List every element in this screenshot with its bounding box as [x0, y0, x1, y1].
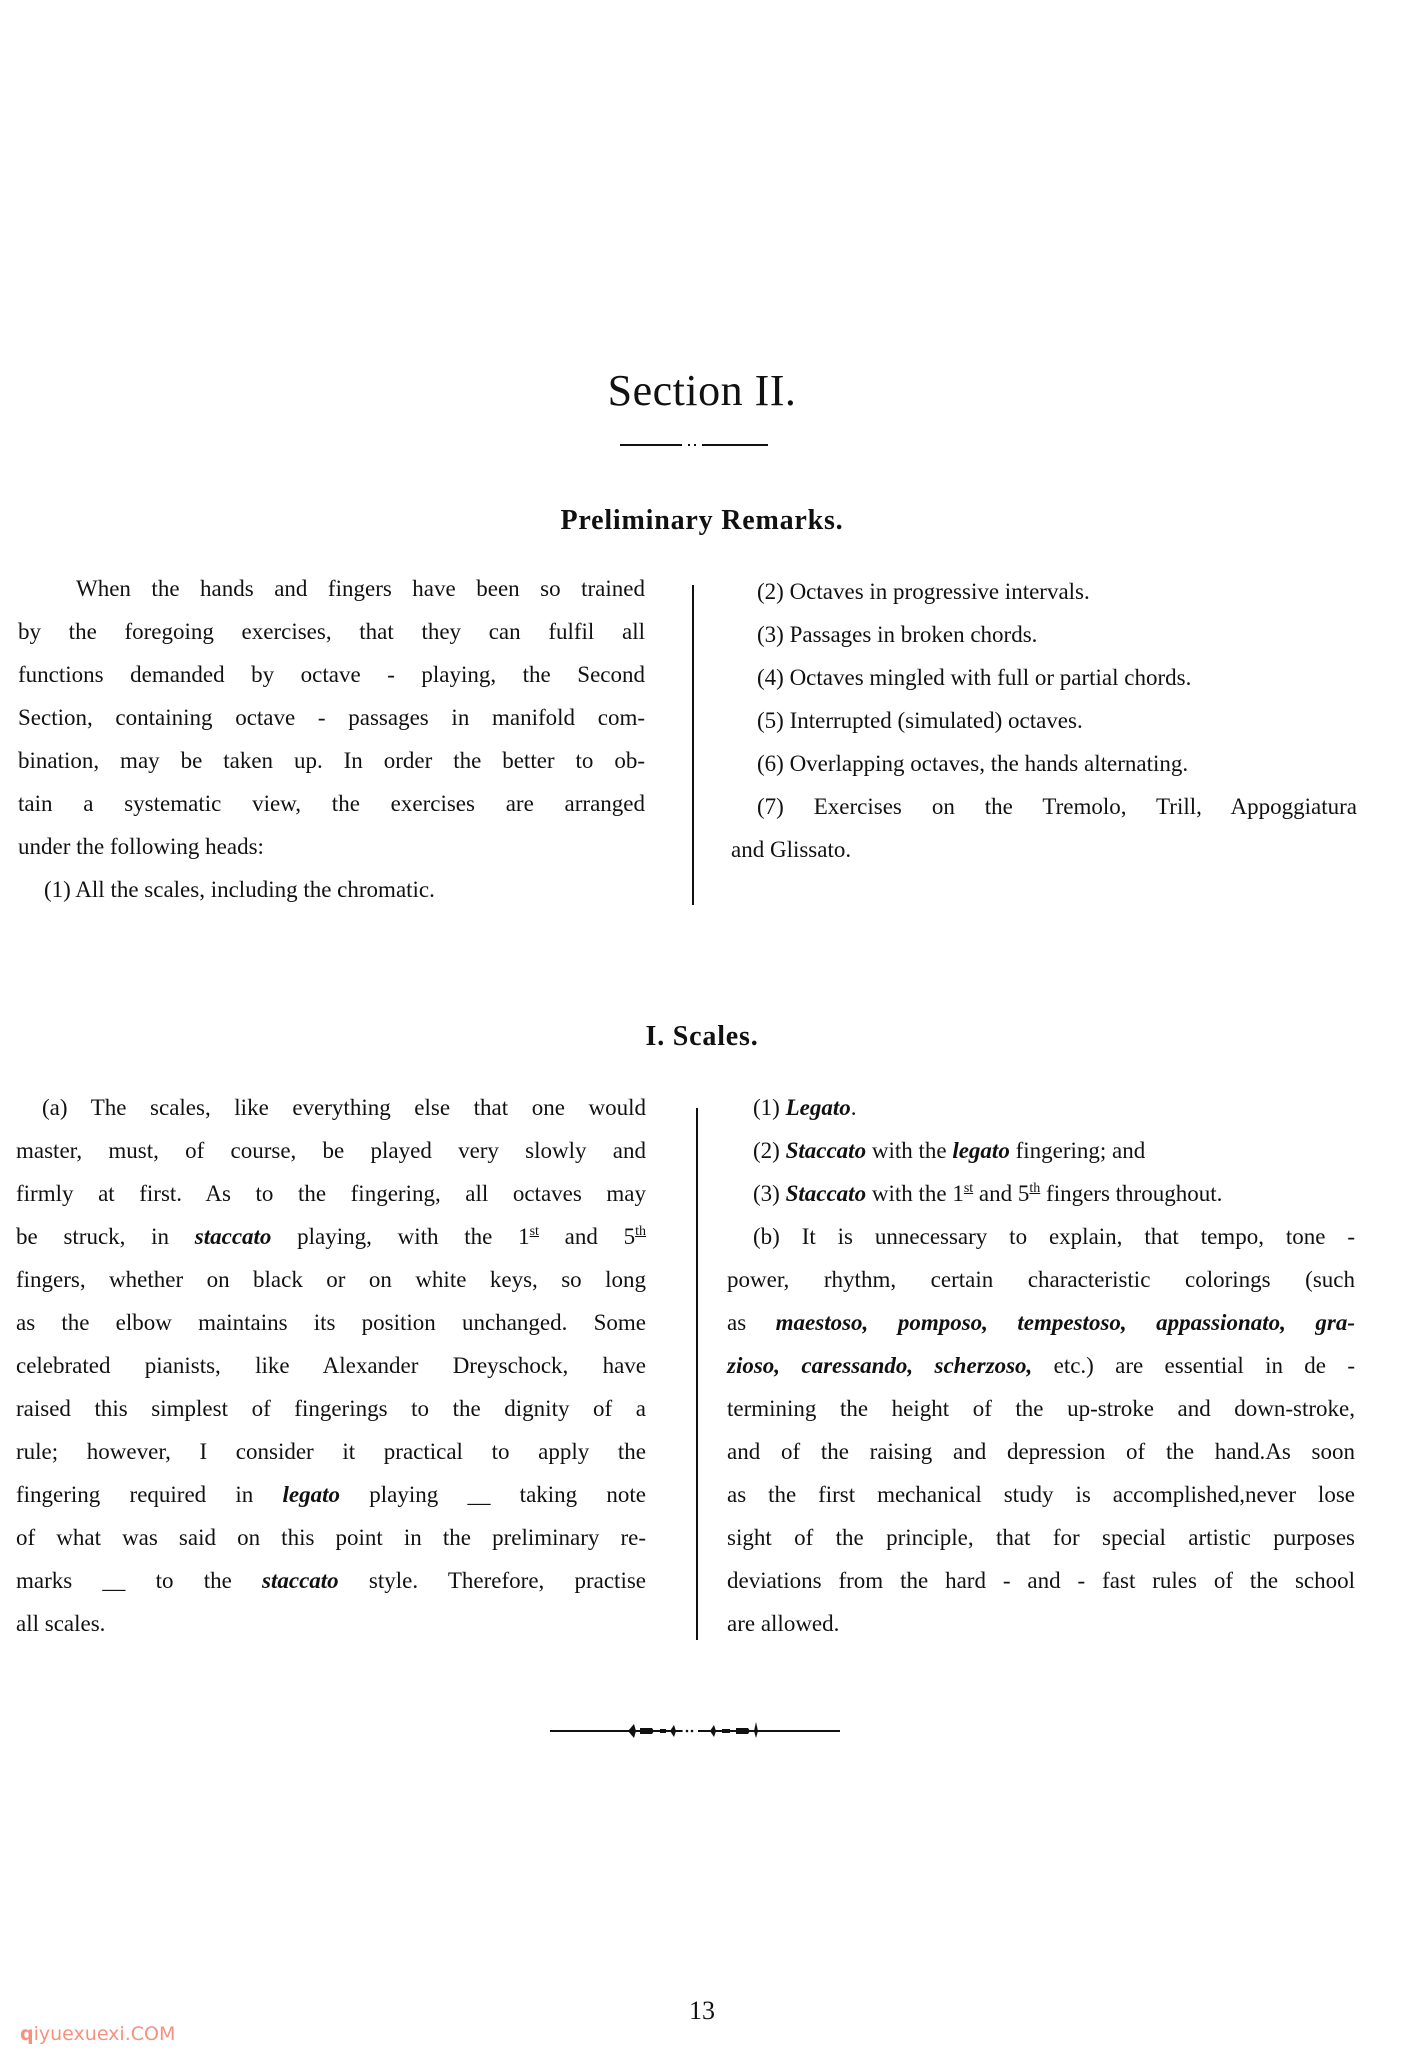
italic-term: Staccato	[786, 1138, 867, 1163]
list-item-1: (1) Legato.	[753, 1086, 1355, 1129]
italic-term: staccato	[262, 1568, 339, 1593]
italic-term: legato	[283, 1482, 341, 1507]
text-line: When the hands and fingers have been so …	[76, 567, 645, 610]
text-line: master, must, of course, be played very …	[16, 1129, 646, 1172]
list-item-6: (6) Overlapping octaves, the hands alter…	[757, 742, 1357, 785]
scales-heading: I. Scales.	[0, 1020, 1404, 1054]
scales-left-column: (a) The scales, like everything else tha…	[16, 1086, 646, 1656]
title-divider	[620, 444, 770, 446]
watermark: qiyuexuexi.COM	[20, 2022, 175, 2046]
preliminary-left-column: When the hands and fingers have been so …	[18, 567, 645, 917]
text-run: as	[727, 1310, 776, 1335]
list-item-2: (2) Octaves in progressive intervals.	[757, 570, 1357, 613]
text-run: (2)	[753, 1138, 786, 1163]
ordinal-suffix: st	[530, 1224, 539, 1239]
text-line: of what was said on this point in the pr…	[16, 1516, 646, 1559]
watermark-text: iyuexuexi.COM	[34, 2023, 176, 2045]
italic-term: maestoso, pomposo, tempestoso, appassion…	[776, 1310, 1355, 1335]
text-line: termining the height of the up-stroke an…	[727, 1387, 1355, 1430]
italic-term: legato	[952, 1138, 1010, 1163]
text-run: fingering; and	[1010, 1138, 1145, 1163]
text-line: as the first mechanical study is accompl…	[727, 1473, 1355, 1516]
text-line: all scales.	[16, 1602, 646, 1645]
text-line: fingers, whether on black or on white ke…	[16, 1258, 646, 1301]
text-line: are allowed.	[727, 1602, 1355, 1645]
text-run: fingering required in	[16, 1482, 283, 1507]
ordinal-suffix: th	[635, 1224, 646, 1239]
text-line: tain a systematic view, the exercises ar…	[18, 782, 645, 825]
list-item-1: (1) All the scales, including the chroma…	[44, 868, 645, 911]
list-item-2: (2) Staccato with the legato fingering; …	[753, 1129, 1355, 1172]
text-run: be struck, in	[16, 1224, 195, 1249]
text-line: fingering required in legato playing __ …	[16, 1473, 646, 1516]
text-line: marks __ to the staccato style. Therefor…	[16, 1559, 646, 1602]
text-line: and of the raising and depression of the…	[727, 1430, 1355, 1473]
text-run: and 5	[539, 1224, 635, 1249]
list-item-7: (7) Exercises on the Tremolo, Trill, App…	[757, 785, 1357, 828]
italic-term: staccato	[195, 1224, 272, 1249]
page-number: 13	[680, 1996, 724, 2026]
text-run: and 5	[973, 1181, 1029, 1206]
ordinal-suffix: th	[1029, 1181, 1040, 1196]
italic-term: Legato	[786, 1095, 851, 1120]
italic-term: Staccato	[786, 1181, 867, 1206]
text-line: rule; however, I consider it practical t…	[16, 1430, 646, 1473]
text-line: Section, containing octave - passages in…	[18, 696, 645, 739]
text-run: (1)	[753, 1095, 786, 1120]
text-run: etc.) are essential in de -	[1032, 1353, 1355, 1378]
list-item-5: (5) Interrupted (simulated) octaves.	[757, 699, 1357, 742]
text-line: deviations from the hard - and - fast ru…	[727, 1559, 1355, 1602]
text-line: by the foregoing exercises, that they ca…	[18, 610, 645, 653]
text-line: bination, may be taken up. In order the …	[18, 739, 645, 782]
column-divider	[696, 1108, 698, 1640]
text-line: sight of the principle, that for special…	[727, 1516, 1355, 1559]
list-item-3: (3) Passages in broken chords.	[757, 613, 1357, 656]
text-line: as maestoso, pomposo, tempestoso, appass…	[727, 1301, 1355, 1344]
text-run: marks __ to the	[16, 1568, 262, 1593]
text-run: style. Therefore, practise	[339, 1568, 646, 1593]
watermark-logo-icon: q	[20, 2023, 34, 2045]
ornamental-divider-icon	[550, 1718, 840, 1742]
text-line: (b) It is unnecessary to explain, that t…	[753, 1215, 1355, 1258]
text-line: (a) The scales, like everything else tha…	[42, 1086, 646, 1129]
italic-term: zioso, caressando, scherzoso,	[727, 1353, 1032, 1378]
text-run: with the	[866, 1138, 952, 1163]
text-run: playing __ taking note	[340, 1482, 646, 1507]
preliminary-right-column: (2) Octaves in progressive intervals. (3…	[731, 570, 1357, 900]
text-line: as the elbow maintains its position unch…	[16, 1301, 646, 1344]
scales-right-column: (1) Legato. (2) Staccato with the legato…	[727, 1086, 1355, 1656]
column-divider	[692, 585, 694, 905]
text-line: raised this simplest of fingerings to th…	[16, 1387, 646, 1430]
text-line: functions demanded by octave - playing, …	[18, 653, 645, 696]
text-run: .	[851, 1095, 857, 1120]
text-run: playing, with the 1	[271, 1224, 529, 1249]
text-line: celebrated pianists, like Alexander Drey…	[16, 1344, 646, 1387]
preliminary-remarks-heading: Preliminary Remarks.	[0, 504, 1404, 538]
list-item-3: (3) Staccato with the 1st and 5th finger…	[753, 1172, 1355, 1215]
text-run: with the 1	[866, 1181, 964, 1206]
text-line: under the following heads:	[18, 825, 645, 868]
ordinal-suffix: st	[964, 1181, 973, 1196]
text-line: zioso, caressando, scherzoso, etc.) are …	[727, 1344, 1355, 1387]
text-run: (3)	[753, 1181, 786, 1206]
text-line: be struck, in staccato playing, with the…	[16, 1215, 646, 1258]
list-item-4: (4) Octaves mingled with full or partial…	[757, 656, 1357, 699]
text-line: and Glissato.	[731, 828, 1357, 871]
text-line: power, rhythm, certain characteristic co…	[727, 1258, 1355, 1301]
page-title: Section II.	[0, 366, 1404, 416]
text-run: fingers throughout.	[1040, 1181, 1222, 1206]
text-line: firmly at first. As to the fingering, al…	[16, 1172, 646, 1215]
